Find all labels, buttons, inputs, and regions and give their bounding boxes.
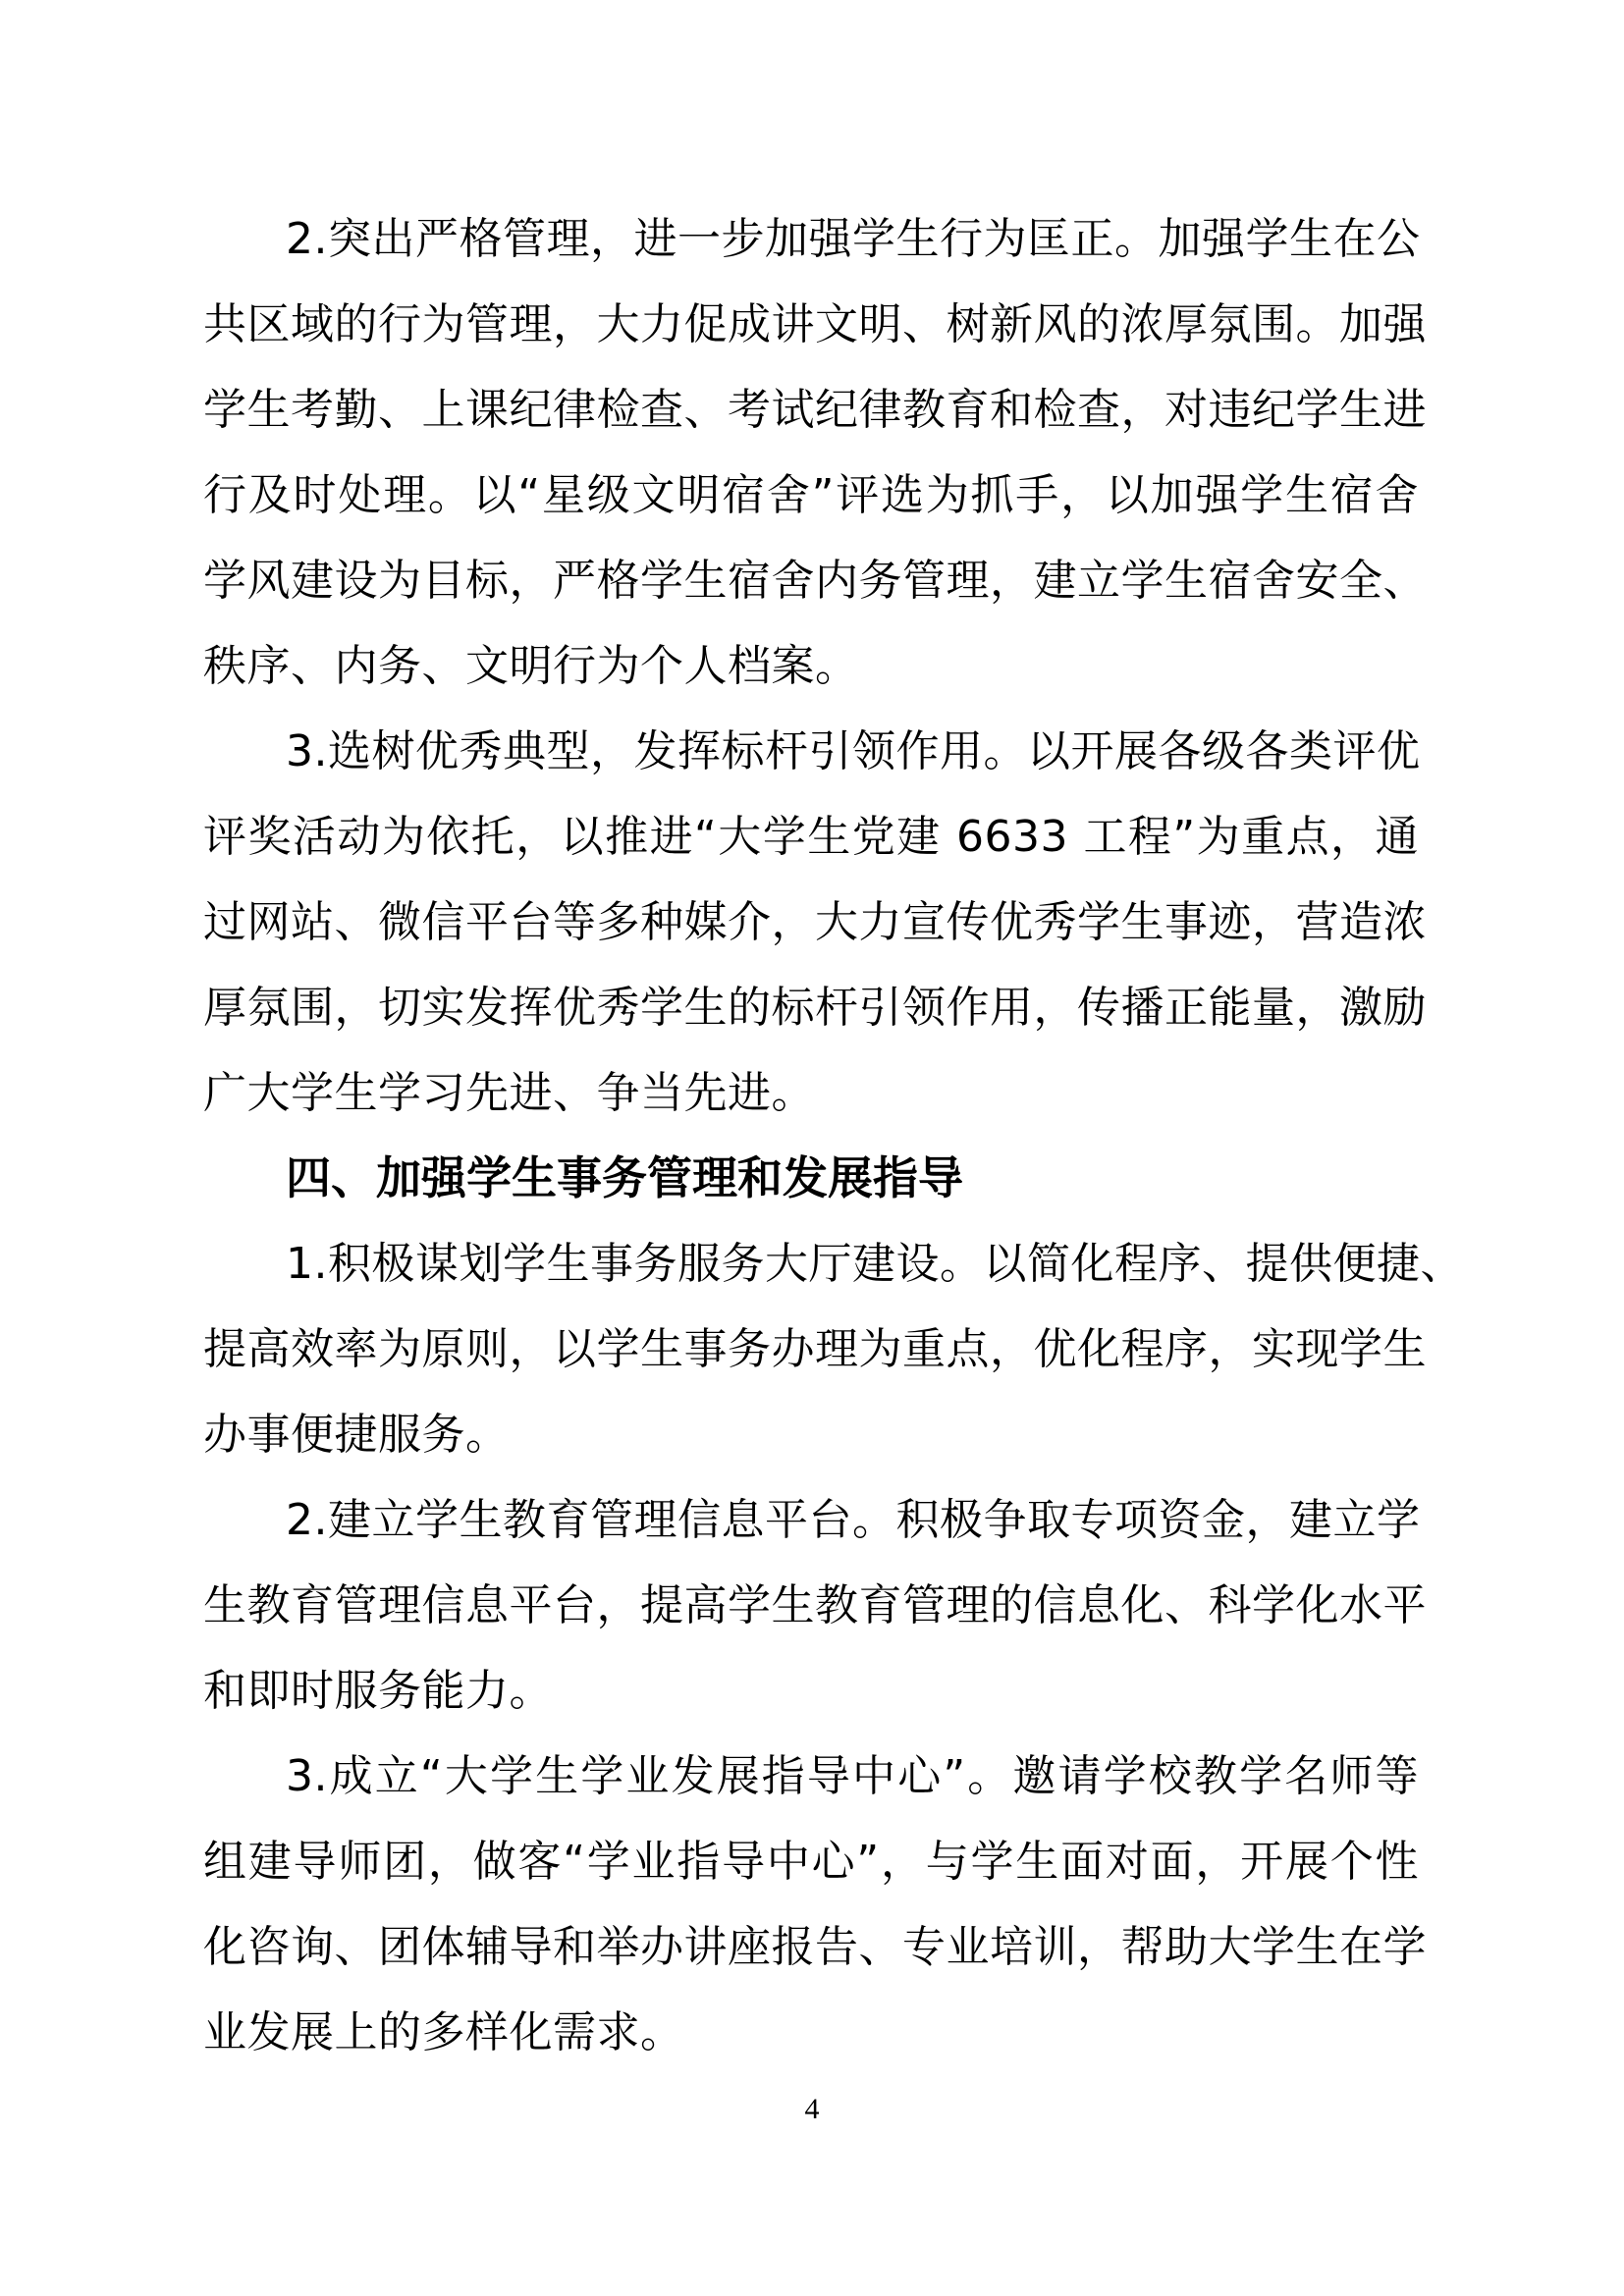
text-line: 秩序、内务、文明行为个人档案。 [203,623,1419,709]
text-line: 2.突出严格管理，进一步加强学生行为匡正。加强学生在公 [203,196,1419,282]
text-line: 过网站、微信平台等多种媒介，大力宣传优秀学生事迹，营造浓 [203,880,1419,965]
text-line: 共区域的行为管理，大力促成讲文明、树新风的浓厚氛围。加强 [203,282,1419,367]
text-line: 化咨询、团体辅导和举办讲座报告、专业培训，帮助大学生在学 [203,1904,1419,1990]
text-line: 学风建设为目标，严格学生宿舍内务管理，建立学生宿舍安全、 [203,538,1419,623]
text-line: 广大学生学习先进、争当先进。 [203,1050,1419,1136]
text-line: 提高效率为原则，以学生事务办理为重点，优化程序，实现学生 [203,1307,1419,1392]
section-heading: 四、加强学生事务管理和发展指导 [203,1136,1419,1221]
text-line: 办事便捷服务。 [203,1392,1419,1477]
text-line: 业发展上的多样化需求。 [203,1990,1419,2075]
text-line: 评奖活动为依托，以推进“大学生党建 6633 工程”为重点，通 [203,794,1419,880]
text-line: 学生考勤、上课纪律检查、考试纪律教育和检查，对违纪学生进 [203,367,1419,453]
text-line: 组建导师团，做客“学业指导中心”，与学生面对面，开展个性 [203,1819,1419,1904]
text-line: 2.建立学生教育管理信息平台。积极争取专项资金，建立学 [203,1477,1419,1563]
text-line: 生教育管理信息平台，提高学生教育管理的信息化、科学化水平 [203,1563,1419,1648]
text-line: 3.成立“大学生学业发展指导中心”。邀请学校教学名师等 [203,1734,1419,1819]
page-number: 4 [0,2093,1624,2126]
text-line: 行及时处理。以“星级文明宿舍”评选为抓手，以加强学生宿舍 [203,453,1419,538]
text-line: 3.选树优秀典型，发挥标杆引领作用。以开展各级各类评优 [203,709,1419,794]
text-line: 1.积极谋划学生事务服务大厅建设。以简化程序、提供便捷、 [203,1221,1419,1307]
document-page: 2.突出严格管理，进一步加强学生行为匡正。加强学生在公共区域的行为管理，大力促成… [0,0,1624,2296]
document-text-block: 2.突出严格管理，进一步加强学生行为匡正。加强学生在公共区域的行为管理，大力促成… [203,196,1419,2075]
text-line: 厚氛围，切实发挥优秀学生的标杆引领作用，传播正能量，激励 [203,965,1419,1050]
text-line: 和即时服务能力。 [203,1648,1419,1734]
